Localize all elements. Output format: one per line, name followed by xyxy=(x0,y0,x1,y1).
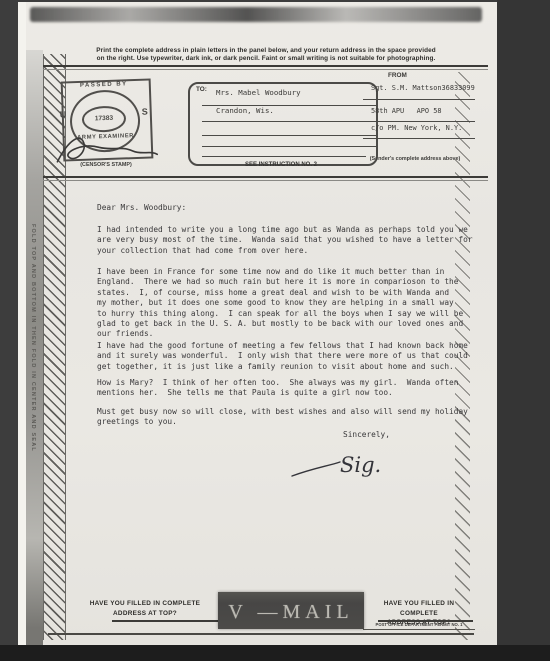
letter-salutation: Dear Mrs. Woodbury: xyxy=(97,203,493,213)
header-divider-thin xyxy=(43,180,488,181)
letter-paragraph-2: I have been in France for some time now … xyxy=(97,267,493,340)
bottom-dark-band xyxy=(0,645,550,661)
scanned-vmail-letter: FOLD TOP AND BOTTOM IN THEN FOLD IN CENT… xyxy=(0,0,550,661)
from-address-line-3: c/o PM. New York, N.Y. xyxy=(363,124,475,139)
header-divider xyxy=(43,176,488,178)
from-label: FROM xyxy=(388,72,407,79)
from-address-line-2: 58th APU APO 58 xyxy=(363,107,475,122)
signature: Sig. xyxy=(288,438,428,490)
censor-stamp: PASSED BY 17383 U S ARMY EXAMINER xyxy=(59,76,156,163)
page-edge-sliver xyxy=(18,2,26,646)
censor-letter-u: U xyxy=(60,109,67,119)
censor-stamp-caption: (CENSOR'S STAMP) xyxy=(54,162,158,168)
vmail-logo-box: V —MAIL xyxy=(218,592,364,629)
to-address-line-5-empty xyxy=(202,147,366,157)
to-address-panel: TO: Mrs. Mabel Woodbury Crandon, Wis. xyxy=(188,82,378,166)
vmail-logo-text: V —MAIL xyxy=(218,601,364,624)
scan-background-shade xyxy=(497,0,550,661)
from-address-line-1: Sgt. S.M. Mattson36833099 xyxy=(363,84,475,100)
censor-letter-s: S xyxy=(142,107,148,117)
footer-reminder-left: HAVE YOU FILLED IN COMPLETE ADDRESS AT T… xyxy=(80,599,210,618)
form-instruction-line1: Print the complete address in plain lett… xyxy=(56,47,476,55)
letter-paragraph-5: Must get busy now so will close, with be… xyxy=(97,407,493,428)
form-instructions: Print the complete address in plain lett… xyxy=(56,47,476,63)
footer-long-rule xyxy=(48,633,474,635)
permit-note: POST OFFICE DEPARTMENT PERMIT NO. 1 xyxy=(363,622,475,627)
reminder-left-line2: ADDRESS AT TOP? xyxy=(80,609,210,619)
header-rule xyxy=(43,65,488,67)
footer-rule-left xyxy=(112,620,218,622)
reminder-left-line1: HAVE YOU FILLED IN COMPLETE xyxy=(80,599,210,609)
reminder-right-line1: HAVE YOU FILLED IN COMPLETE xyxy=(365,599,473,618)
top-scan-smudge xyxy=(30,7,482,22)
to-address-line-4-empty xyxy=(202,136,378,147)
signature-text: Sig. xyxy=(340,453,381,477)
letter-page: FOLD TOP AND BOTTOM IN THEN FOLD IN CENT… xyxy=(18,2,497,646)
sender-address-caption: (Sender's complete address above) xyxy=(356,156,474,162)
letter-paragraph-1: I had intended to write you a long time … xyxy=(97,225,493,256)
permit-underline xyxy=(363,629,475,630)
letter-paragraph-4: How is Mary? I think of her often too. S… xyxy=(97,378,493,399)
header-rule-thin xyxy=(43,69,488,70)
see-instruction-note: SEE INSTRUCTION NO. 2 xyxy=(188,162,374,168)
letter-paragraph-3: I have had the good fortune of meeting a… xyxy=(97,341,493,372)
fold-instruction-vertical-text: FOLD TOP AND BOTTOM IN THEN FOLD IN CENT… xyxy=(30,224,36,464)
to-address-line-1: Mrs. Mabel Woodbury xyxy=(202,88,378,106)
to-address-line-3-empty xyxy=(202,123,378,136)
to-address-line-2: Crandon, Wis. xyxy=(202,106,378,122)
form-instruction-line2: on the right. Use typewriter, dark ink, … xyxy=(56,55,476,63)
